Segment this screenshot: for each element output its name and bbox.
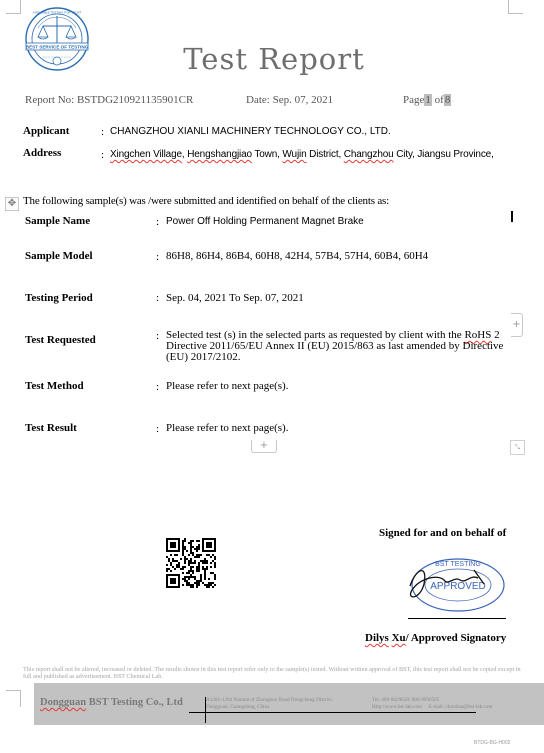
- add-column-button[interactable]: +: [511, 313, 523, 337]
- footer-contact: Tel: 400-8829628/ 800-9990505 Http://www…: [372, 697, 542, 711]
- signatory-name: Dilys Xu/ Approved Signatory: [365, 632, 506, 644]
- approved-stamp: BST TESTING APPROVED: [398, 556, 508, 614]
- table-resize-handle[interactable]: ⤡: [510, 440, 525, 455]
- test-method-value: Please refer to next page(s).: [166, 380, 288, 392]
- page-title: Test Report: [0, 42, 544, 76]
- resize-diagonal-icon: ⤡: [515, 444, 520, 451]
- applicant-value: CHANGZHOU XIANLI MACHINERY TECHNOLOGY CO…: [110, 126, 391, 137]
- test-result-label: Test Result: [25, 422, 77, 434]
- svg-text:BST TESTING: BST TESTING: [435, 561, 481, 568]
- text-cursor: [511, 211, 513, 222]
- sample-name-colon: :: [156, 216, 159, 228]
- applicant-colon: :: [101, 126, 104, 138]
- page-total-field[interactable]: 8: [444, 94, 452, 106]
- sample-model-value: 86H8, 86H4, 86B4, 60H8, 42H4, 57B4, 57H4…: [166, 250, 428, 262]
- qr-code: [166, 527, 216, 599]
- sample-name-value: Power Off Holding Permanent Magnet Brake: [166, 216, 364, 227]
- address-colon: :: [101, 149, 104, 161]
- page-current-field[interactable]: 1: [424, 94, 432, 106]
- test-requested-colon: :: [156, 330, 159, 342]
- testing-period-label: Testing Period: [25, 292, 93, 304]
- page-number: Page1 of8: [403, 94, 451, 106]
- test-method-label: Test Method: [25, 380, 84, 392]
- page-label: Page: [403, 94, 424, 106]
- report-date-label: Date:: [246, 94, 270, 106]
- footer-address: A1201-1204 Xinmai of Zhonghuo Road Dongc…: [206, 697, 366, 711]
- report-number-label: Report No:: [25, 94, 74, 106]
- sample-model-label: Sample Model: [25, 250, 93, 262]
- sample-name-label: Sample Name: [25, 215, 90, 227]
- page-corner-mark: [6, 0, 21, 14]
- page-of-label: of: [435, 94, 444, 106]
- table-move-handle[interactable]: ✥: [5, 197, 19, 211]
- add-row-button[interactable]: +: [251, 440, 277, 453]
- page-corner-mark: [508, 0, 523, 14]
- test-requested-label: Test Requested: [25, 334, 96, 346]
- applicant-label: Applicant: [23, 125, 69, 137]
- sample-intro-text: The following sample(s) was /were submit…: [23, 195, 389, 207]
- svg-text:APPROVED: APPROVED: [430, 581, 486, 592]
- footer-divider: [189, 712, 476, 713]
- report-number: Report No: BSTDG210921135901CR: [25, 94, 193, 106]
- form-code: BTDG-BG-H002: [474, 740, 510, 746]
- address-value: Xingchen Village, Hengshangjiao Town, Wu…: [110, 149, 494, 160]
- signature-line: [408, 618, 506, 619]
- footer-divider-vertical: [205, 697, 206, 723]
- test-result-value: Please refer to next page(s).: [166, 422, 288, 434]
- test-result-colon: :: [156, 423, 159, 435]
- testing-period-colon: :: [156, 292, 159, 304]
- report-number-value: BSTDG210921135901CR: [77, 94, 193, 106]
- report-date-value: Sep. 07, 2021: [273, 94, 334, 106]
- disclaimer-text: This report shall not be altered, increa…: [23, 666, 523, 680]
- sample-model-colon: :: [156, 251, 159, 263]
- footer-company-name: Dongguan BST Testing Co., Ltd: [40, 697, 183, 708]
- footer-email[interactable]: E-mail: christina@bst-lab.com: [429, 704, 493, 710]
- footer-tel: Tel: 400-8829628/ 800-9990505: [372, 697, 542, 704]
- move-arrows-icon: ✥: [8, 198, 16, 209]
- page-corner-mark: [6, 690, 21, 707]
- signed-on-behalf-text: Signed for and on behalf of: [379, 527, 506, 539]
- report-date: Date: Sep. 07, 2021: [246, 94, 333, 106]
- svg-text:A RELIABLE TESTING FOR TRUST: A RELIABLE TESTING FOR TRUST: [33, 11, 82, 15]
- testing-period-value: Sep. 04, 2021 To Sep. 07, 2021: [166, 292, 304, 304]
- footer-website[interactable]: Http://www.bst-lab.com: [372, 704, 422, 710]
- test-requested-value: Selected test (s) in the selected parts …: [166, 330, 512, 363]
- test-method-colon: :: [156, 381, 159, 393]
- address-label: Address: [23, 147, 61, 159]
